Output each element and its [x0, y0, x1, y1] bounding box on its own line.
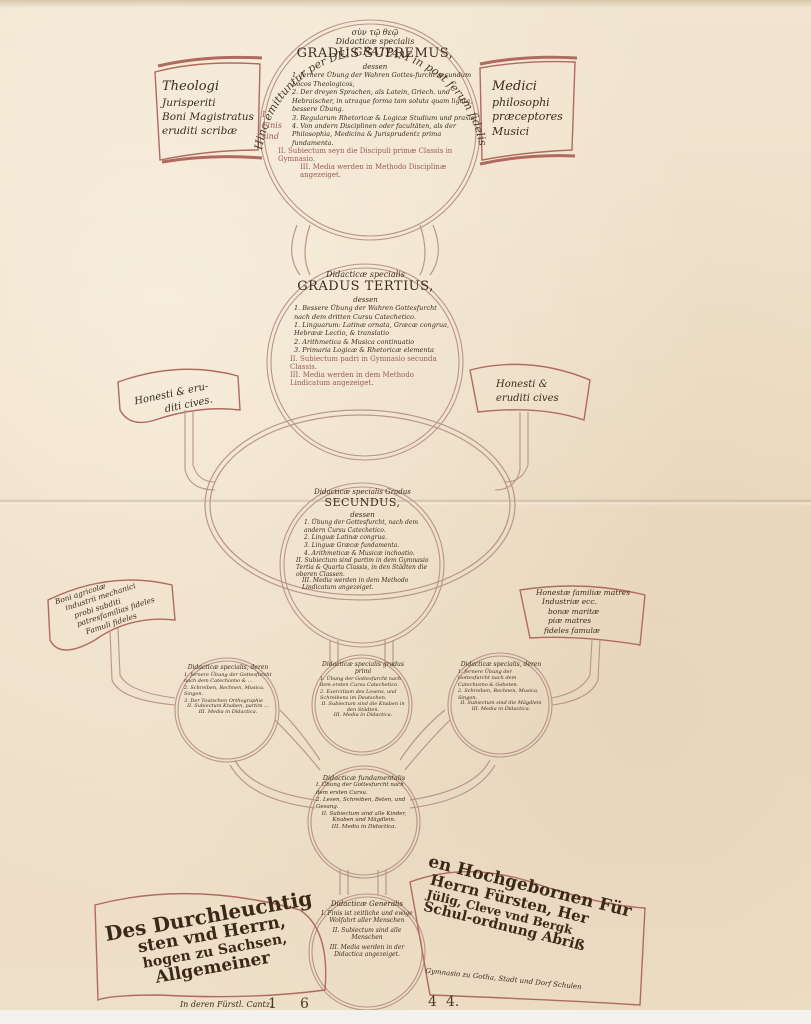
tertius-subiectum: II. Subiectum padri in Gymnasio secunda …: [278, 355, 453, 371]
list-item: 3. Linguæ Græcæ fundamenta.: [304, 542, 435, 550]
circle-center-small-content: Didacticæ specialis gradus primi 1. Übun…: [320, 662, 406, 719]
list-item: 2. Arithmetica & Musica continuatio: [294, 338, 453, 346]
secundus-media: III. Media werden in dem Methodo Lindica…: [290, 578, 435, 592]
center-small-media: III. Media in Didactica.: [320, 713, 406, 719]
secundus-subiectum: II. Subiectum sind partim in dem Gymnasi…: [290, 558, 435, 579]
banner-line: bonæ maritæ: [536, 607, 646, 616]
list-item: 4. Von andern Disciplinen oder facultäte…: [292, 122, 480, 147]
list-item: I. Übung der Gottesfurcht nach dem erste…: [316, 782, 412, 796]
circle-tertius-content: Didacticæ specialis GRADUS TERTIUS, dess…: [278, 270, 453, 387]
banner-line: Jurisperiti: [162, 96, 257, 110]
list-item: 1. Linguarum: Latinæ ornata, Græcæ congr…: [294, 321, 453, 338]
banner-low-right: Honestæ familiæ matres Industriæ ecc. bo…: [536, 588, 646, 635]
circle-supremus-content: σὺν τῷ θεῷ Didacticæ specialis GRADUS SU…: [270, 28, 480, 179]
banner-mid-right: Honesti & eruditi cives: [496, 378, 586, 405]
secundus-finis-list: 1. Übung der Gottesfurcht, nach dem ande…: [290, 519, 435, 558]
list-item: 1. Übung der Gottesfurcht nach dem erste…: [320, 676, 406, 689]
list-item: 3. Primaria Logicæ & Rhetoricæ elementa: [294, 346, 453, 354]
list-item: 1. fernere Übung der Wahren Gottes-furch…: [292, 71, 480, 88]
secundus-title: SECUNDUS,: [290, 497, 435, 510]
fundamentalis-media: III. Media in Didactica.: [316, 824, 412, 830]
banner-line: eruditi scribæ: [162, 124, 257, 138]
list-item: 3. Regularum Rhetoricæ & Logicæ Studium …: [292, 114, 480, 122]
banner-line: Musici: [492, 125, 577, 140]
supremus-finis-list: 1. fernere Übung der Wahren Gottes-furch…: [270, 71, 480, 147]
supremus-header: Didacticæ specialis: [270, 37, 480, 46]
list-item: 2. Der dreyen Sprachen, als Latein, Grie…: [292, 88, 480, 113]
banner-line: piæ matres: [536, 616, 646, 625]
list-item: 1. fernere Übung der Gottesfurcht nach d…: [458, 669, 544, 689]
banner-line: fideles famulæ: [536, 626, 646, 635]
list-item: 1. Bessere Übung der Wahren Gottesfurcht…: [294, 304, 453, 321]
trunk-connector: [292, 225, 300, 275]
paper-edge-bottom: [0, 1010, 811, 1024]
supremus-subiectum: II. Subiectum seyn die Discipuli primæ C…: [270, 147, 480, 163]
generalis-subiectum: II. Subiectum sind alle Menschen: [320, 928, 414, 942]
supremus-title: GRADUS SUPREMUS,: [270, 47, 480, 62]
banner-line: Medici: [492, 78, 577, 96]
list-item: 2. Linguæ Latinæ congrua.: [304, 534, 435, 542]
banner-line: præceptores: [492, 110, 577, 125]
tertius-title: GRADUS TERTIUS,: [278, 280, 453, 295]
supremus-media: III. Media werden in Methodo Disciplinæ …: [270, 163, 480, 179]
banner-line: Theologi: [162, 78, 257, 96]
banner-top-right: Medici philosophi præceptores Musici: [492, 78, 577, 140]
banner-line: Boni Magistratus: [162, 110, 257, 124]
list-item: 1. Übung der Gottesfurcht, nach dem ande…: [304, 519, 435, 535]
fundamentalis-list: I. Übung der Gottesfurcht nach dem erste…: [316, 782, 412, 811]
right-small-media: III. Media in Didactica.: [458, 707, 544, 713]
list-item: 2. Lesen, Schreiben, Beten, und Gesang.: [316, 797, 412, 811]
center-small-list: 1. Übung der Gottesfurcht nach dem erste…: [320, 676, 406, 702]
generalis-finis: I. Finis ist zeitliche und ewige Wolfahr…: [320, 911, 414, 925]
banner-line: philosophi: [492, 96, 577, 111]
tertius-header: Didacticæ specialis: [278, 270, 453, 279]
left-small-header: Didacticæ specialis, deren: [184, 665, 272, 672]
generalis-header: Didacticæ Generalis: [320, 900, 414, 908]
circle-generalis-content: Didacticæ Generalis I. Finis ist zeitlic…: [320, 900, 414, 958]
supremus-greek-header: σὺν τῷ θεῷ: [270, 28, 480, 37]
circle-fundamentalis-content: Didacticæ fundamentalis I. Übung der Got…: [316, 775, 412, 830]
circle-right-small-content: Didacticæ specialis, deren 1. fernere Üb…: [458, 662, 544, 713]
list-item: 1. fernere Übung der Gottesfurcht nach d…: [184, 672, 272, 685]
banner-line: Industriæ ecc.: [536, 597, 646, 606]
tertius-media: III. Media werden in dem Methodo Lindica…: [278, 371, 453, 387]
year-digit-4a: 4: [428, 994, 437, 1010]
left-small-media: III. Media in Didactica.: [184, 710, 272, 716]
banner-top-left: Theologi Jurisperiti Boni Magistratus er…: [162, 78, 257, 138]
year-digit-4b: 4.: [446, 994, 459, 1010]
banner-line: eruditi cives: [496, 392, 586, 406]
generalis-media: III. Media werden in der Didactica angez…: [320, 945, 414, 959]
fundamentalis-subiectum: II. Subiectum sind alle Kinder, Knaben u…: [316, 811, 412, 824]
list-item: 2. Schreiben, Rechnen, Musica, Singen.: [184, 685, 272, 698]
circle-left-small-content: Didacticæ specialis, deren 1. fernere Üb…: [184, 665, 272, 716]
tertius-finis-list: 1. Bessere Übung der Wahren Gottesfurcht…: [278, 304, 453, 355]
tertius-sub: dessen: [278, 296, 453, 304]
left-small-list: 1. fernere Übung der Gottesfurcht nach d…: [184, 672, 272, 705]
secundus-sub: dessen: [290, 511, 435, 519]
list-item: 2. Exercitium des Lesens, und Schreibens…: [320, 689, 406, 702]
banner-line: Honesti &: [496, 378, 586, 392]
right-small-list: 1. fernere Übung der Gottesfurcht nach d…: [458, 669, 544, 702]
secundus-header: Didacticæ specialis Gradus: [290, 488, 435, 496]
circle-secundus-content: Didacticæ specialis Gradus SECUNDUS, des…: [290, 488, 435, 592]
center-small-header: Didacticæ specialis gradus primi: [320, 662, 406, 676]
supremus-finis-label: I. Finis sind: [262, 110, 290, 142]
banner-line: Honestæ familiæ matres: [536, 588, 646, 597]
right-small-header: Didacticæ specialis, deren: [458, 662, 544, 669]
